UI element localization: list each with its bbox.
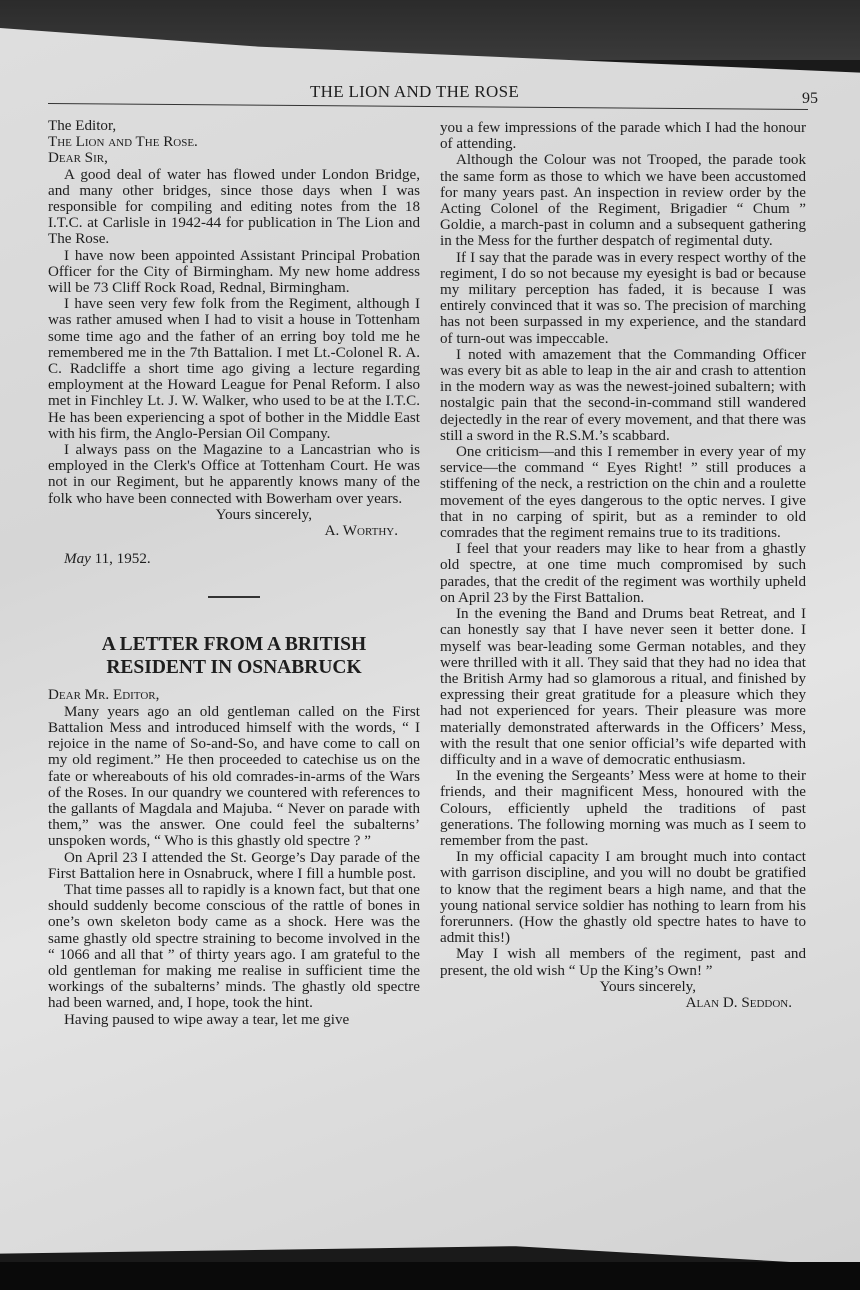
paragraph: On April 23 I attended the St. George’s … xyxy=(48,850,420,882)
letter-date: May 11, 1952. xyxy=(48,551,420,567)
paragraph: Many years ago an old gentleman called o… xyxy=(48,704,420,850)
paragraph: I always pass on the Magazine to a Lanca… xyxy=(48,442,420,507)
salutation-line: The Lion and The Rose. xyxy=(48,134,420,150)
salutation: Dear Mr. Editor, xyxy=(48,687,420,703)
paragraph: Having paused to wipe away a tear, let m… xyxy=(48,1012,420,1028)
salutation-line: Dear Sir, xyxy=(48,150,420,166)
right-column: you a few impressions of the parade whic… xyxy=(440,120,806,1011)
paragraph: I have seen very few folk from the Regim… xyxy=(48,296,420,442)
paragraph: I have now been appointed Assistant Prin… xyxy=(48,248,420,297)
paragraph: That time passes all to rapidly is a kno… xyxy=(48,882,420,1012)
closing: Yours sincerely, xyxy=(440,979,806,995)
paragraph: If I say that the parade was in every re… xyxy=(440,250,806,347)
section-divider xyxy=(208,596,260,598)
paragraph: Although the Colour was not Trooped, the… xyxy=(440,152,806,249)
closing: Yours sincerely, xyxy=(48,507,420,523)
headline-line: A LETTER FROM A BRITISH xyxy=(48,633,420,656)
article-headline: A LETTER FROM A BRITISH RESIDENT IN OSNA… xyxy=(48,633,420,679)
paragraph: A good deal of water has flowed under Lo… xyxy=(48,167,420,248)
paragraph: In the evening the Band and Drums beat R… xyxy=(440,606,806,768)
left-column: The Editor, The Lion and The Rose. Dear … xyxy=(48,118,420,1028)
page-number: 95 xyxy=(802,90,818,108)
scan-background-bottom xyxy=(0,1262,860,1290)
paragraph: I noted with amazement that the Commandi… xyxy=(440,347,806,444)
headline-line: RESIDENT IN OSNABRUCK xyxy=(48,656,420,679)
paragraph: I feel that your readers may like to hea… xyxy=(440,541,806,606)
signature: A. Worthy. xyxy=(48,523,420,539)
date-rest: 11, 1952. xyxy=(91,551,151,567)
running-header: THE LION AND THE ROSE 95 xyxy=(48,80,820,108)
date-month: May xyxy=(64,551,91,567)
paragraph: May I wish all members of the regiment, … xyxy=(440,946,806,978)
paragraph: In my official capacity I am brought muc… xyxy=(440,849,806,946)
paragraph-continuation: you a few impressions of the parade whic… xyxy=(440,120,806,152)
paragraph: In the evening the Sergeants’ Mess were … xyxy=(440,768,806,849)
signature: Alan D. Seddon. xyxy=(440,995,806,1011)
paragraph: One criticism—and this I remember in eve… xyxy=(440,444,806,541)
running-title: THE LION AND THE ROSE xyxy=(310,82,519,102)
salutation-line: The Editor, xyxy=(48,118,420,134)
